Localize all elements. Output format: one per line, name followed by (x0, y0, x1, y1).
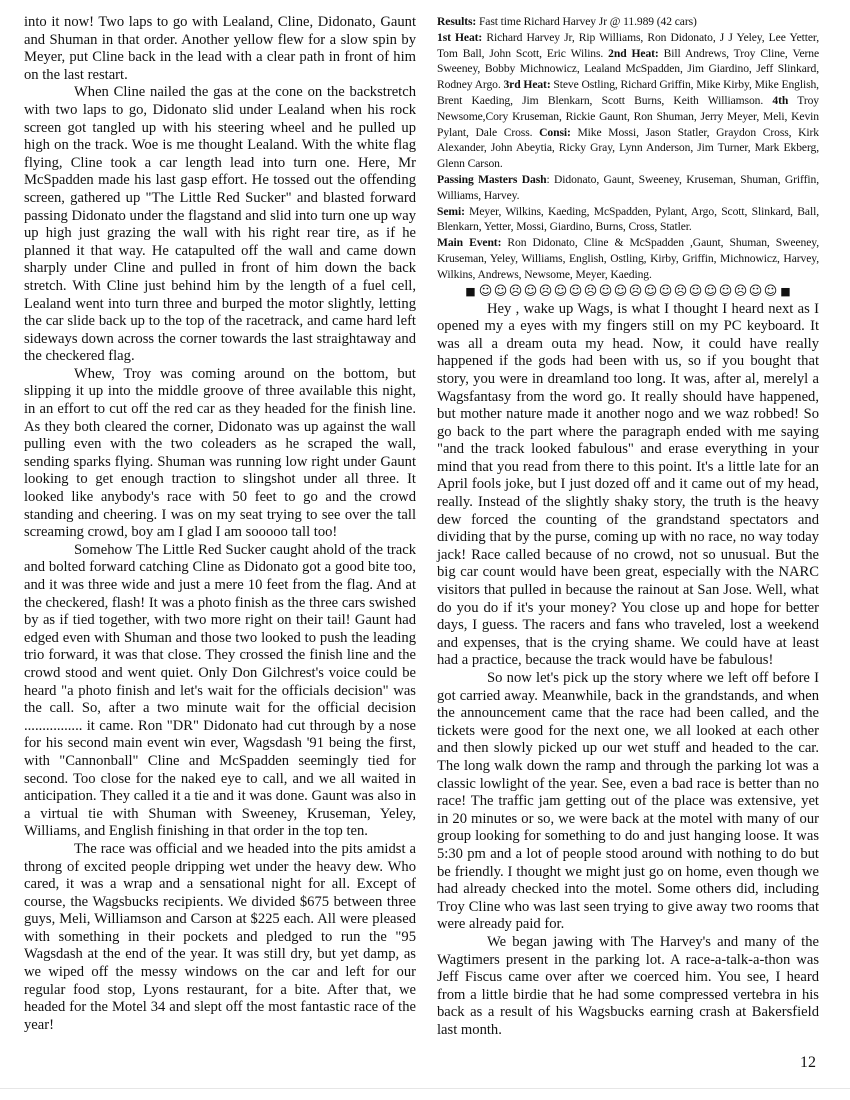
floppy-disk-icon: ■ (778, 284, 793, 300)
paragraph: Hey , wake up Wags, is what I thought I … (437, 301, 819, 670)
race-results: Results: Fast time Richard Harvey Jr @ 1… (437, 14, 819, 283)
smile-icon: ☺ (748, 284, 763, 300)
fast-time-line: Results: Fast time Richard Harvey Jr @ 1… (437, 14, 819, 30)
bottom-edge-rule (0, 1088, 850, 1089)
right-column: Results: Fast time Richard Harvey Jr @ 1… (437, 14, 819, 1039)
floppy-disk-icon: ■ (463, 284, 478, 300)
fast-time-text: Fast time Richard Harvey Jr @ 11.989 (42… (476, 15, 697, 28)
paragraph: into it now! Two laps to go with Lealand… (24, 14, 416, 84)
smile-icon: ☺ (703, 284, 718, 300)
main-event-label: Main Event: (437, 236, 501, 249)
semi-results: Meyer, Wilkins, Kaeding, McSpadden, Pyla… (437, 205, 819, 234)
results-label: Results: (437, 15, 476, 28)
frown-icon: ☹ (733, 284, 748, 300)
semi-label: Semi: (437, 205, 465, 218)
smile-icon: ☺ (643, 284, 658, 300)
page-number: 12 (800, 1054, 816, 1072)
dash-label: Passing Masters Dash (437, 173, 546, 186)
newsletter-page: into it now! Two laps to go with Lealand… (0, 0, 850, 1100)
heat-2-label: 2nd Heat: (608, 47, 659, 60)
main-event-line: Main Event: Ron Didonato, Cline & McSpad… (437, 235, 819, 282)
paragraph: Whew, Troy was coming around on the bott… (24, 366, 416, 542)
frown-icon: ☹ (538, 284, 553, 300)
frown-icon: ☹ (628, 284, 643, 300)
smiley-divider: ■☺☺☹☺☹☺☺☹☺☺☹☺☺☹☺☺☺☹☺☺■ (437, 284, 819, 300)
left-column: into it now! Two laps to go with Lealand… (24, 14, 416, 1034)
smile-icon: ☺ (613, 284, 628, 300)
smile-icon: ☺ (688, 284, 703, 300)
paragraph: Somehow The Little Red Sucker caught aho… (24, 542, 416, 841)
smile-icon: ☺ (763, 284, 778, 300)
paragraph: When Cline nailed the gas at the cone on… (24, 84, 416, 366)
heats-block: 1st Heat: Richard Harvey Jr, Rip William… (437, 30, 819, 172)
smile-icon: ☺ (658, 284, 673, 300)
consi-label: Consi: (539, 126, 571, 139)
smile-icon: ☺ (598, 284, 613, 300)
smile-icon: ☺ (523, 284, 538, 300)
paragraph: The race was official and we headed into… (24, 841, 416, 1035)
heat-3-label: 3rd Heat: (503, 78, 550, 91)
smile-icon: ☺ (718, 284, 733, 300)
smile-icon: ☺ (478, 284, 493, 300)
smile-icon: ☺ (553, 284, 568, 300)
frown-icon: ☹ (508, 284, 523, 300)
frown-icon: ☹ (583, 284, 598, 300)
frown-icon: ☹ (673, 284, 688, 300)
dash-line: Passing Masters Dash: Didonato, Gaunt, S… (437, 172, 819, 204)
paragraph: So now let's pick up the story where we … (437, 670, 819, 934)
semi-line: Semi: Meyer, Wilkins, Kaeding, McSpadden… (437, 204, 819, 236)
paragraph: We began jawing with The Harvey's and ma… (437, 934, 819, 1040)
heat-1-label: 1st Heat: (437, 31, 482, 44)
smile-icon: ☺ (568, 284, 583, 300)
heat-4-label: 4th (772, 94, 788, 107)
smile-icon: ☺ (493, 284, 508, 300)
